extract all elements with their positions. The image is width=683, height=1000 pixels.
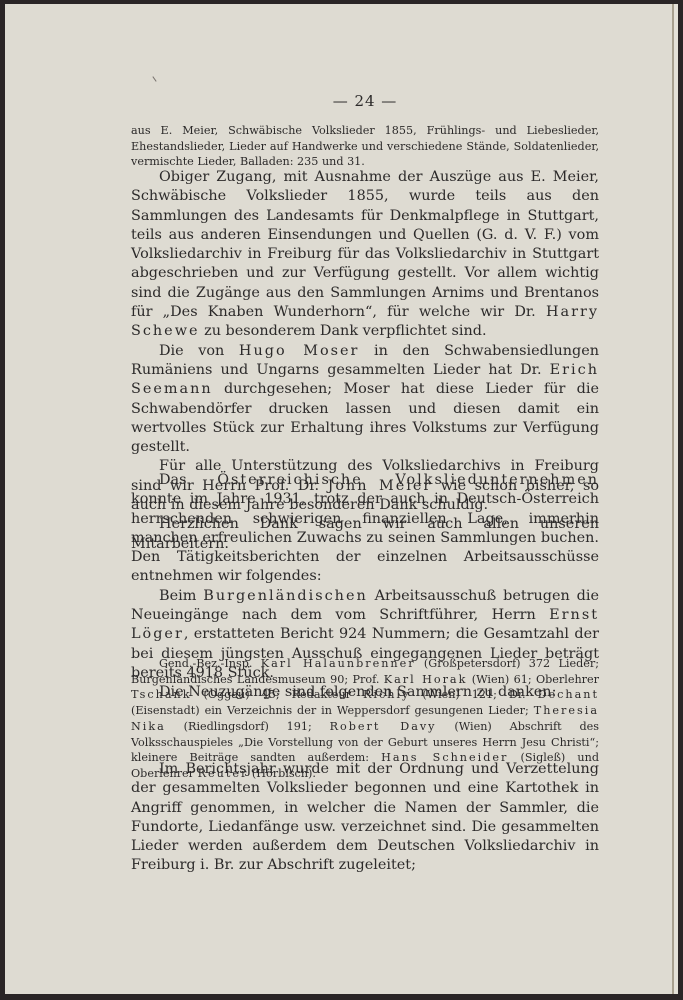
paragraph-oesterreich: Das Österreichische Volksliedunternehmen… (131, 471, 599, 587)
text: Gend.-Bez.-Insp. (159, 657, 261, 670)
text: (Wien) 121; Dr. (410, 688, 537, 701)
page-number: — 24 — (131, 92, 599, 110)
text: zu besonderem Dank verpflichtet sind. (200, 323, 487, 339)
paragraph-zugang: Obiger Zugang, mit Ausnahme der Auszüge … (131, 168, 599, 342)
person-name: Hugo Moser (239, 343, 359, 359)
text: Die von (159, 343, 239, 359)
page-edge (674, 4, 678, 994)
text: (Oggau) 45; Redakteur (192, 688, 363, 701)
region-name: Burgenländischen (203, 588, 367, 604)
paragraph-block-3: Im Berichtsjahr wurde mit der Ordnung un… (131, 760, 599, 876)
text: Das (159, 472, 217, 488)
paragraph-moser: Die von Hugo Moser in den Schwabensiedlu… (131, 342, 599, 458)
text: Obiger Zugang, mit Ausnahme der Auszüge … (131, 169, 599, 320)
organization-name: Österreichische Volksliedunternehmen (217, 472, 599, 488)
paragraph-berichtsjahr: Im Berichtsjahr wurde mit der Ordnung un… (131, 760, 599, 876)
person-name: Dechant (538, 688, 599, 701)
person-name: Karl Halaunbrenner (261, 657, 416, 670)
person-name: Tschank (131, 688, 192, 701)
text: konnte im Jahre 1931, trotz der auch in … (131, 491, 599, 584)
intro-note-text: aus E. Meier, Schwäbische Volkslieder 18… (131, 123, 599, 170)
person-name: Karl Horak (384, 673, 468, 686)
text: (Wien) 61; Oberlehrer (467, 673, 599, 686)
person-name: Robert Davy (330, 720, 437, 733)
text: (Eisenstadt) ein Verzeichnis der in Wepp… (131, 704, 534, 717)
intro-note: aus E. Meier, Schwäbische Volkslieder 18… (131, 123, 599, 170)
person-name: Richly (363, 688, 410, 701)
text: (Riedlingsdorf) 191; (166, 720, 330, 733)
text: Beim (159, 588, 203, 604)
